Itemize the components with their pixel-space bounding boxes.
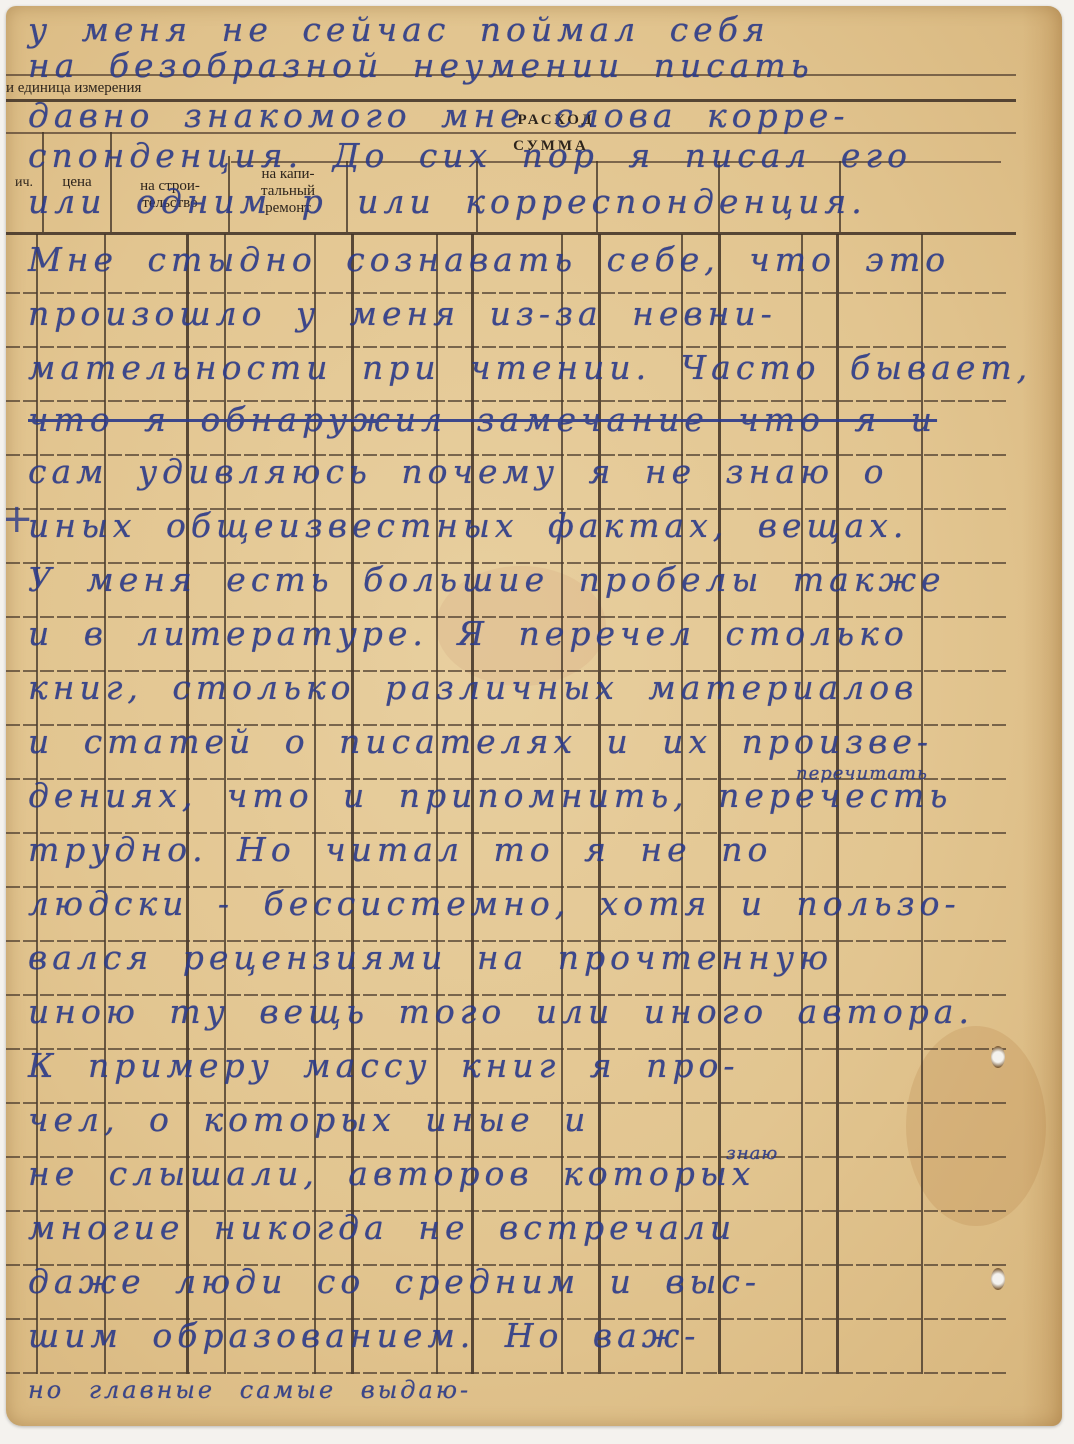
handwritten-line: не слышали, авторов которых (28, 1154, 1032, 1194)
handwritten-line: многие никогда не встречали (28, 1208, 1032, 1248)
handwritten-line: У меня есть большие пробелы также (28, 560, 1032, 600)
handwritten-line: иных общеизвестных фактах, вещах. (28, 506, 1032, 546)
handwritten-line: или одним р или корреспонденция. (28, 182, 1032, 222)
handwritten-line: шим образованием. Но важ- (28, 1316, 1032, 1356)
ledger-page: и единица измерения РАСХОД СУММА ич. цен… (6, 6, 1062, 1426)
handwritten-line: но главные самые выдаю- (28, 1370, 1032, 1410)
handwritten-line: иною ту вещь того или иного автора. (28, 992, 1032, 1032)
handwritten-line: и в литературе. Я перечел столько (28, 614, 1032, 654)
handwritten-line: на безобразной неумении писать (28, 46, 1032, 86)
handwritten-line: Мне стыдно сознавать себе, что это (28, 240, 1032, 280)
handwritten-line: сам удивляюсь почему я не знаю о (28, 452, 1032, 492)
handwritten-line: людски - бессистемно, хотя и пользо- (28, 884, 1032, 924)
handwritten-line: мательности при чтении. Часто бывает, (28, 348, 1032, 388)
handwritten-line-struck: что я обнаружил замечание что я и (28, 400, 1032, 440)
handwritten-line: вался рецензиями на прочтенную (28, 938, 1032, 978)
handwritten-line: спонденция. До сих пор я писал его (28, 136, 1032, 176)
handwritten-line: давно знакомого мне слова корре- (28, 96, 1032, 136)
handwritten-line: у меня не сейчас поймал себя (28, 10, 1032, 50)
handwritten-line: К примеру массу книг я про- (28, 1046, 1032, 1086)
handwritten-line: трудно. Но читал то я не по (28, 830, 1032, 870)
handwritten-line: произошло у меня из-за невни- (28, 294, 1032, 334)
handwritten-line: книг, столько различных материалов (28, 668, 1032, 708)
form-rule (6, 232, 1016, 235)
handwritten-line: даже люди со средним и выс- (28, 1262, 1032, 1302)
handwritten-line: дениях, что и припомнить, перечесть (28, 776, 1032, 816)
